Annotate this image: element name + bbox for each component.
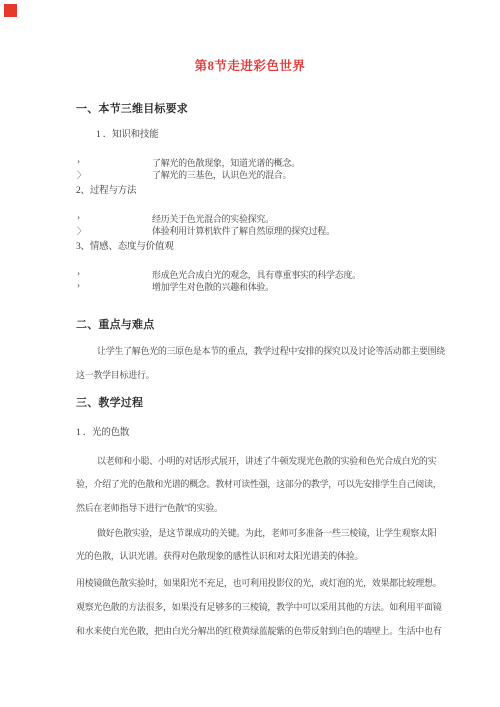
page-title: 第8节走进彩色世界 [0,56,500,74]
list-item: › 增加学生对色散的兴趣和体验。 [0,280,500,292]
bullet-marker: › [77,280,80,290]
section-heading-objectives: 一、本节三维目标要求 [76,100,188,116]
bullet-text: 增加学生对色散的兴趣和体验。 [152,280,274,293]
red-corner-mark [4,4,17,17]
subheading-process: 2、过程与方法 [76,182,136,196]
paragraph-line: 做好色散实验，是这节课成功的关键。为此，老师可多准备一些三棱镜，让学生观察太阳 [97,526,436,539]
paragraph-line: 和水来使白光色散，把由白光分解出的红橙黄绿蓝靛紫的色带反射到白色的墙壁上。生活中… [76,624,441,637]
paragraph-line: 用棱镜做色散实验时，如果阳光不充足，也可利用投影仪的光，或灯泡的光，效果都比较理… [76,576,441,589]
subheading-dispersion: 1 ．光的色散 [76,424,129,438]
paragraph-line: 让学生了解色光的三原色是本节的重点，教学过程中安排的探究以及讨论等活动都主要围绕 [97,344,445,357]
list-item: 〉 了解光的三基色，认识色光的混合。 [0,168,500,180]
paragraph-line: 光的色散，认识光谱。获得对色散现象的感性认识和对太阳光谱美的体验。 [76,549,363,562]
bullet-marker: › [77,268,80,278]
section-heading-teaching: 三、教学过程 [76,394,143,410]
subheading-knowledge: 1 ．知识和技能 [96,126,159,140]
paragraph-line: 验，介绍了光的色散和光谱的概念。教材可读性强，这部分的教学，可以先安排学生自己阅… [76,477,441,490]
bullet-marker: 〉 [77,168,86,181]
paragraph-line: 以老师和小聪、小明的对话形式展开，讲述了牛顿发现光色散的实验和色光合成白光的实 [97,454,436,467]
bullet-marker: › [77,212,80,222]
subheading-attitude: 3、情感、态度与价值观 [76,238,174,252]
bullet-text: 体验利用计算机软件了解自然原理的探究过程。 [152,224,335,237]
document-page: 第8节走进彩色世界 一、本节三维目标要求 1 ．知识和技能 › 了解光的色散现象… [0,0,500,707]
paragraph-line: 这一教学目标进行。 [76,368,154,381]
list-item: 〉 体验利用计算机软件了解自然原理的探究过程。 [0,224,500,236]
section-heading-key-points: 二、重点与难点 [76,316,154,332]
bullet-marker: › [77,156,80,166]
paragraph-line: 观察光色散的方法很多，如果没有足够多的三棱镜，教学中可以采用其他的方法。如利用平… [76,600,441,613]
list-item: › 经历关于色光混合的实验探究。 [0,212,500,224]
paragraph-line: 然后在老师指导下进行“色散”的实验。 [76,501,223,514]
list-item: › 了解光的色散现象，知道光谱的概念。 [0,156,500,168]
bullet-text: 了解光的三基色，认识色光的混合。 [152,168,291,181]
list-item: › 形成色光合成白光的观念，具有尊重事实的科学态度。 [0,268,500,280]
bullet-marker: 〉 [77,224,86,237]
